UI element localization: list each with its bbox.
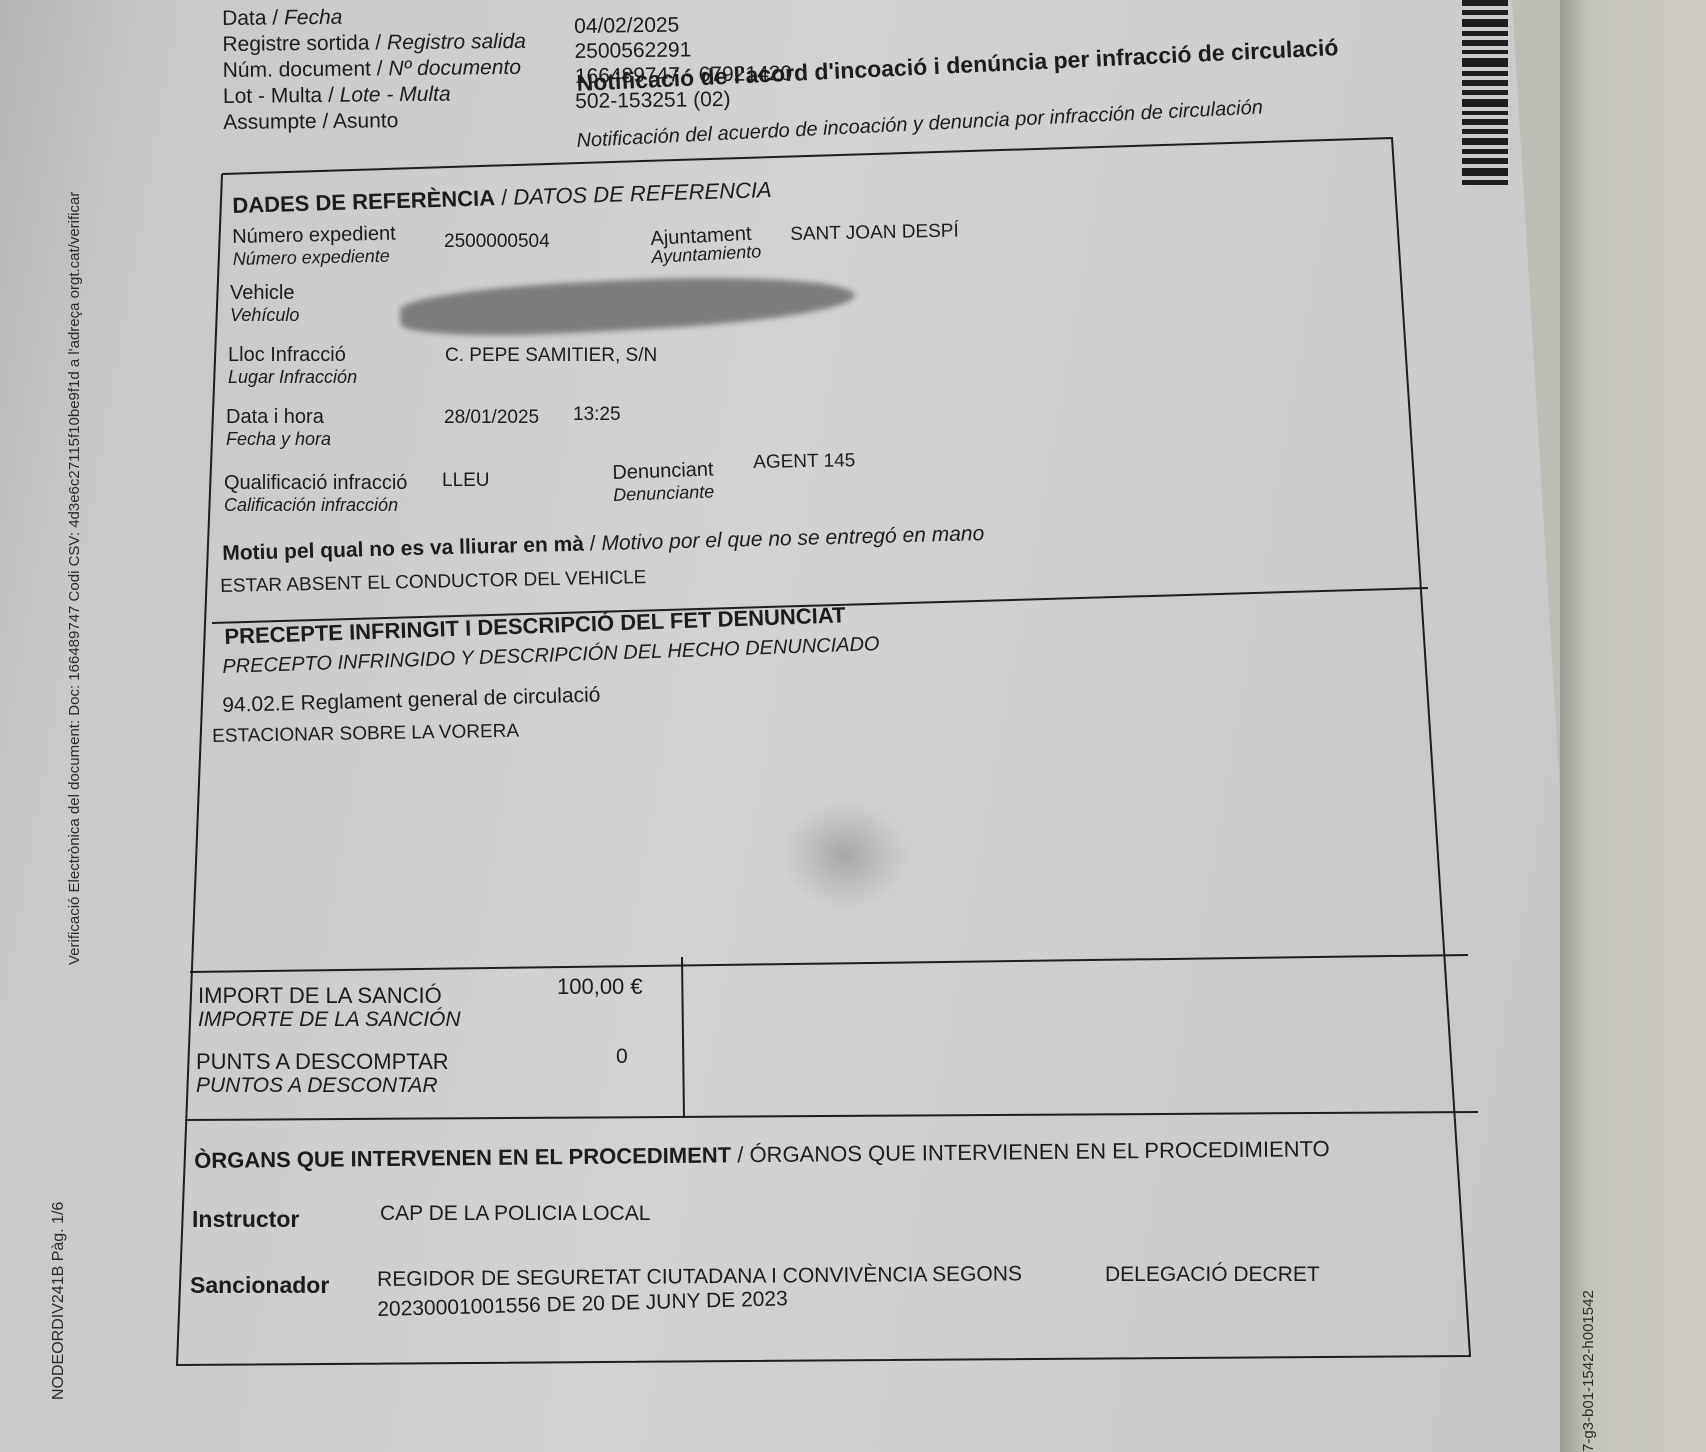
registry-out: 2500562291: [574, 36, 792, 64]
sanctioner-line1b: DELEGACIÓ DECRET: [1105, 1263, 1320, 1287]
datetime-label: Data i hora Fecha y hora: [226, 406, 331, 450]
qualification: LLEU: [442, 470, 490, 492]
reporter-label: Denunciant Denunciante: [612, 458, 715, 506]
instructor-label: Instructor: [192, 1206, 299, 1233]
case-number-label: Número expedient Número expediente: [232, 223, 396, 270]
paper-crease: [780, 800, 910, 910]
case-number: 2500000504: [444, 231, 550, 253]
amount-label: IMPORT DE LA SANCIÓ IMPORTE DE LA SANCIÓ…: [198, 984, 461, 1032]
vehicle-label: Vehicle Vehículo: [230, 282, 299, 326]
place-label: Lloc Infracció Lugar Infracción: [228, 344, 357, 388]
reporter: AGENT 145: [753, 450, 855, 474]
header-labels: Data / Fecha Registre sortida / Registro…: [222, 3, 527, 136]
sanction-amount: 100,00 €: [557, 974, 643, 1000]
right-margin-code: 7-g3-b01-1542-h001542: [1580, 1290, 1597, 1452]
document-date: 04/02/2025: [574, 11, 792, 39]
points-label: PUNTS A DESCOMPTAR PUNTOS A DESCONTAR: [196, 1050, 449, 1098]
verification-text: Verificació Electrònica del document: Do…: [66, 192, 83, 965]
qualification-label: Qualificació infracció Calificación infr…: [224, 472, 407, 516]
infraction-date: 28/01/2025: [444, 407, 539, 429]
infraction-place: C. PEPE SAMITIER, S/N: [445, 345, 657, 367]
council: SANT JOAN DESPÍ: [790, 220, 959, 246]
infraction-time: 13:25: [573, 404, 621, 426]
council-label: Ajuntament Ayuntamiento: [650, 224, 762, 266]
instructor-value: CAP DE LA POLICIA LOCAL: [380, 1202, 650, 1226]
barcode: [1462, 0, 1508, 189]
sanctioner-label: Sancionador: [190, 1272, 329, 1299]
table-surface: [1560, 0, 1706, 1452]
page-code: NODEORDIV241B Pàg. 1/6: [50, 1202, 68, 1400]
points-value: 0: [616, 1045, 628, 1069]
